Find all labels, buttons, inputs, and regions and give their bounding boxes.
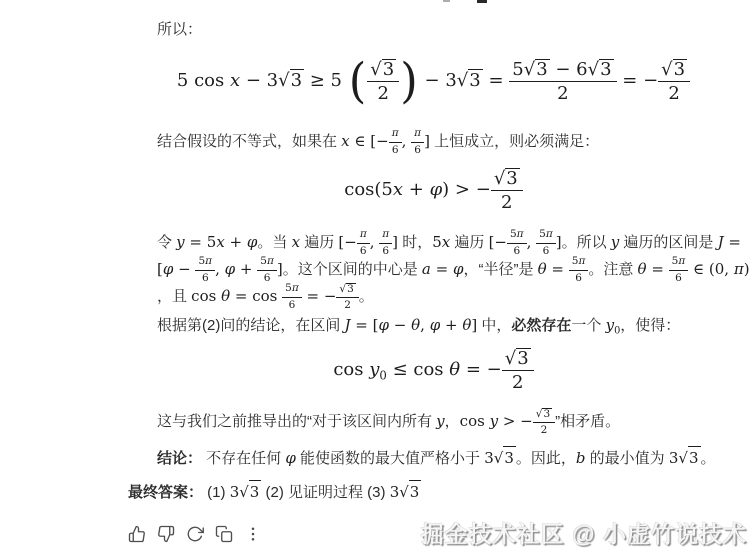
display-formula-2: cos(5x + φ) > −√32 — [157, 165, 710, 215]
paragraph-exists: 根据第(2)问的结论，在区间 J = [φ − θ, φ + θ] 中，必然存在… — [157, 314, 680, 342]
thumbs-up-button[interactable] — [124, 521, 150, 547]
formula-content: cos y0 ≤ cos θ = −√32 — [333, 348, 533, 393]
paragraph-line: [φ − 5π6, φ + 5π6]。这个区间的中心是 a = φ，“半径”是 … — [157, 256, 750, 283]
regenerate-button[interactable] — [182, 521, 208, 547]
copy-button[interactable] — [211, 521, 237, 547]
paragraph-final-answer: 最终答案： (1) 3√3 (2) 见证明过程 (3) 3√3 — [128, 480, 421, 504]
regenerate-icon — [186, 525, 204, 543]
clipped-formula-fragment — [477, 0, 487, 3]
display-formula-3: cos y0 ≤ cos θ = −√32 — [157, 345, 710, 395]
thumbs-up-icon — [128, 525, 146, 543]
paragraph-line: 令 y = 5x + φ。当 x 遍历 [−π6, π6] 时，5x 遍历 [−… — [157, 229, 750, 256]
formula-content: cos(5x + φ) > −√32 — [344, 168, 523, 213]
watermark: 掘金技术社区 @ 小虚竹说技术 — [421, 516, 747, 549]
paragraph-interval: 令 y = 5x + φ。当 x 遍历 [−π6, π6] 时，5x 遍历 [−… — [157, 229, 750, 310]
more-vertical-icon — [244, 525, 262, 543]
display-formula-1: 5 cos x − 3√3 ≥ 5 (√32) − 3√3 = 5√3 − 6√… — [157, 48, 710, 114]
thumbs-down-button[interactable] — [153, 521, 179, 547]
formula-content: 5 cos x − 3√3 ≥ 5 (√32) − 3√3 = 5√3 − 6√… — [177, 59, 690, 104]
paragraph-conclusion: 结论： 不存在任何 φ 能使函数的最大值严格小于 3√3。因此，b 的最小值为 … — [157, 446, 716, 470]
copy-icon — [215, 525, 233, 543]
paragraph-suoyi: 所以： — [157, 19, 202, 41]
more-options-button[interactable] — [240, 521, 266, 547]
paragraph-line: ，且 cos θ = cos 5π6 = −√32。 — [157, 283, 750, 310]
clipped-formula-fragment — [443, 0, 450, 2]
thumbs-down-icon — [157, 525, 175, 543]
paragraph-condition: 结合假设的不等式，如果在 x ∈ [−π6, π6] 上恒成立，则必须满足： — [157, 130, 599, 153]
message-toolbar — [124, 521, 266, 547]
assistant-message-panel: 所以： 5 cos x − 3√3 ≥ 5 (√32) − 3√3 = 5√3 … — [0, 0, 756, 559]
paragraph-contradiction: 这与我们之前推导出的“对于该区间内所有 y，cos y > −√32”相矛盾。 — [157, 410, 620, 433]
